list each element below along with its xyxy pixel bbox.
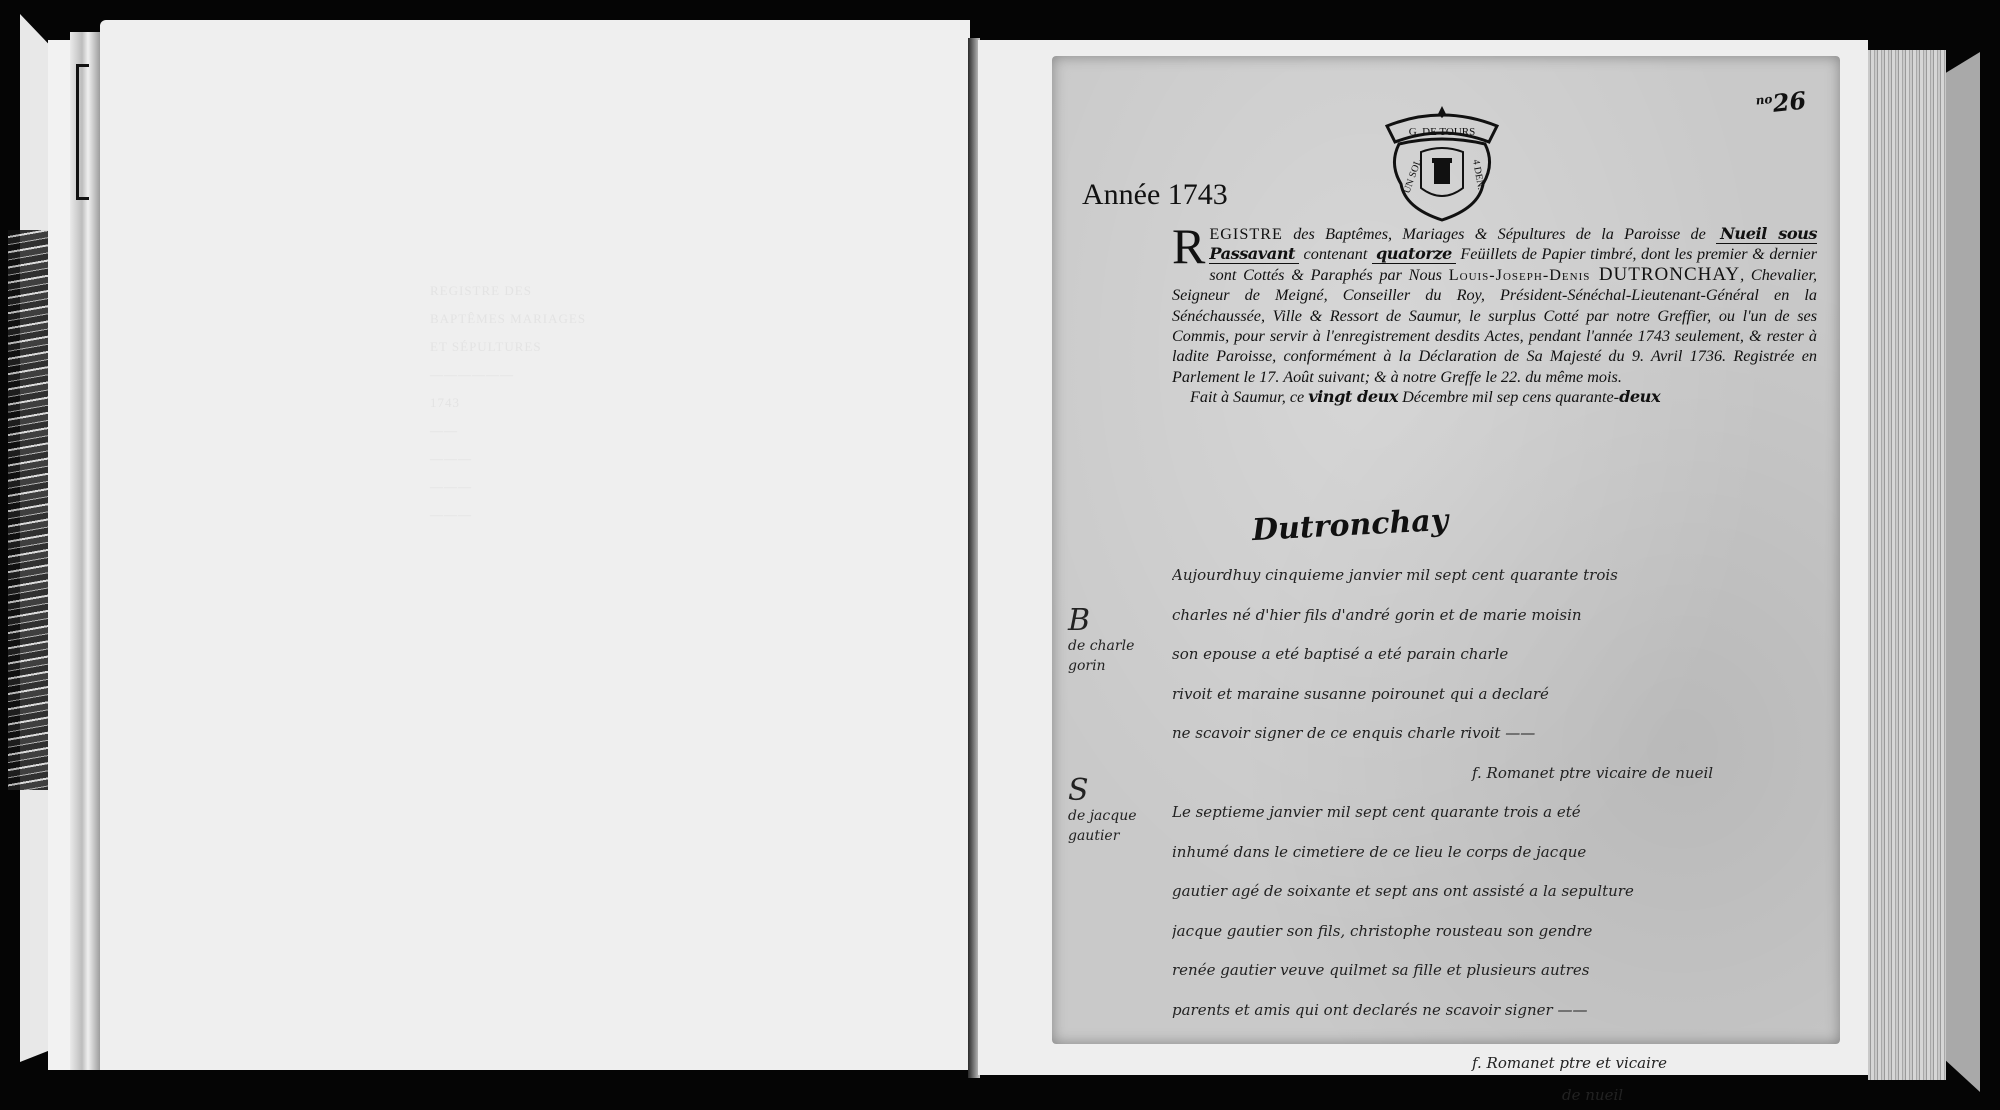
contenant-text: contenant [1304, 245, 1372, 263]
ghost-line: BAPTÊMES MARIAGES [430, 308, 690, 330]
act-line: parents et amis qui ont declarés ne scav… [1172, 991, 1812, 1031]
baptism-signature: f. Romanet ptre vicaire de nueil [1172, 754, 1812, 794]
act-line: son epouse a eté baptisé a eté parain ch… [1172, 635, 1812, 675]
act-line: inhumé dans le cimetiere de ce lieu le c… [1172, 833, 1812, 873]
ghost-line: —————— [430, 364, 690, 386]
act-line: rivoit et maraine susanne poirounet qui … [1172, 675, 1812, 715]
tower-crest-icon: G. DE TOURS UN SOL 4 DEN. [1377, 104, 1507, 226]
act-line: gautier agé de soixante et sept ans ont … [1172, 872, 1812, 912]
page-block-edge [1868, 50, 1946, 1080]
act-line: Le septieme janvier mil sept cent quaran… [1172, 793, 1812, 833]
day-handwritten: vingt deux [1308, 387, 1398, 406]
act-line: charles né d'hier fils d'andré gorin et … [1172, 596, 1812, 636]
ghost-line: ——— [430, 448, 690, 470]
ghost-line: —— [430, 420, 690, 442]
year-heading: Année 1743 [1082, 178, 1228, 212]
act-line: ne scavoir signer de ce enquis charle ri… [1172, 714, 1812, 754]
bookmark-tab [76, 64, 89, 200]
show-through-text: REGISTRE DES BAPTÊMES MARIAGES ET SÉPULT… [430, 280, 690, 532]
burial-signature: f. Romanet ptre et vicaire [1172, 1030, 1812, 1084]
official-given-names: Louis-Joseph-Denis [1449, 266, 1591, 284]
svg-text:4 DEN.: 4 DEN. [1470, 159, 1486, 191]
burial-mark: S [1068, 776, 1137, 806]
svg-text:G. DE TOURS: G. DE TOURS [1409, 126, 1476, 138]
marbled-endpaper [8, 230, 50, 790]
margin-note-line: de charle [1068, 636, 1134, 656]
year-handwritten: deux [1619, 387, 1660, 406]
margin-note-line: gautier [1068, 826, 1137, 846]
book-cover-right [1946, 52, 1980, 1092]
act-line: renée gautier veuve quilmet sa fille et … [1172, 951, 1812, 991]
dropcap: R [1172, 226, 1205, 266]
header-line: des Baptêmes, Mariages & Sépultures de l… [1283, 225, 1716, 243]
margin-note-baptism: B de charle gorin [1068, 606, 1134, 676]
official-surname: DUTRONCHAY [1590, 264, 1740, 285]
act-line: jacque gautier son fils, christophe rous… [1172, 912, 1812, 952]
fait-middle: Décembre mil sep cens quarante- [1398, 388, 1619, 406]
folio-value: 26 [1771, 85, 1807, 117]
folio-prefix: no [1755, 92, 1773, 108]
fait-prefix: Fait à Saumur, ce [1172, 388, 1308, 406]
registre-word: EGISTRE [1209, 225, 1283, 243]
margin-note-burial: S de jacque gautier [1068, 776, 1137, 846]
ghost-line: REGISTRE DES [430, 280, 690, 302]
ghost-line: ——— [430, 504, 690, 526]
ghost-line: ET SÉPULTURES [430, 336, 690, 358]
burial-signature-place: de nueil [1172, 1084, 1812, 1106]
ghost-line: ——— [430, 476, 690, 498]
margin-note-line: de jacque [1068, 806, 1137, 826]
ghost-line: 1743 [430, 392, 690, 414]
official-signature: Dutronchay [1251, 503, 1449, 548]
folio-number: no26 [1754, 85, 1807, 119]
register-sheet: no26 Année 1743 G. DE TOURS UN SOL 4 DEN… [1052, 56, 1840, 1044]
printed-header-text: R EGISTRE des Baptêmes, Mariages & Sépul… [1172, 224, 1817, 408]
handwritten-acts: Aujourdhuy cinquieme janvier mil sept ce… [1172, 556, 1812, 1106]
tax-stamp: G. DE TOURS UN SOL 4 DEN. [1377, 104, 1507, 226]
left-page: REGISTRE DES BAPTÊMES MARIAGES ET SÉPULT… [100, 20, 970, 1070]
margin-note-line: gorin [1068, 656, 1134, 676]
act-line: Aujourdhuy cinquieme janvier mil sept ce… [1172, 556, 1812, 596]
baptism-mark: B [1068, 606, 1134, 636]
leaf-count-handwritten: quatorze [1372, 244, 1456, 264]
